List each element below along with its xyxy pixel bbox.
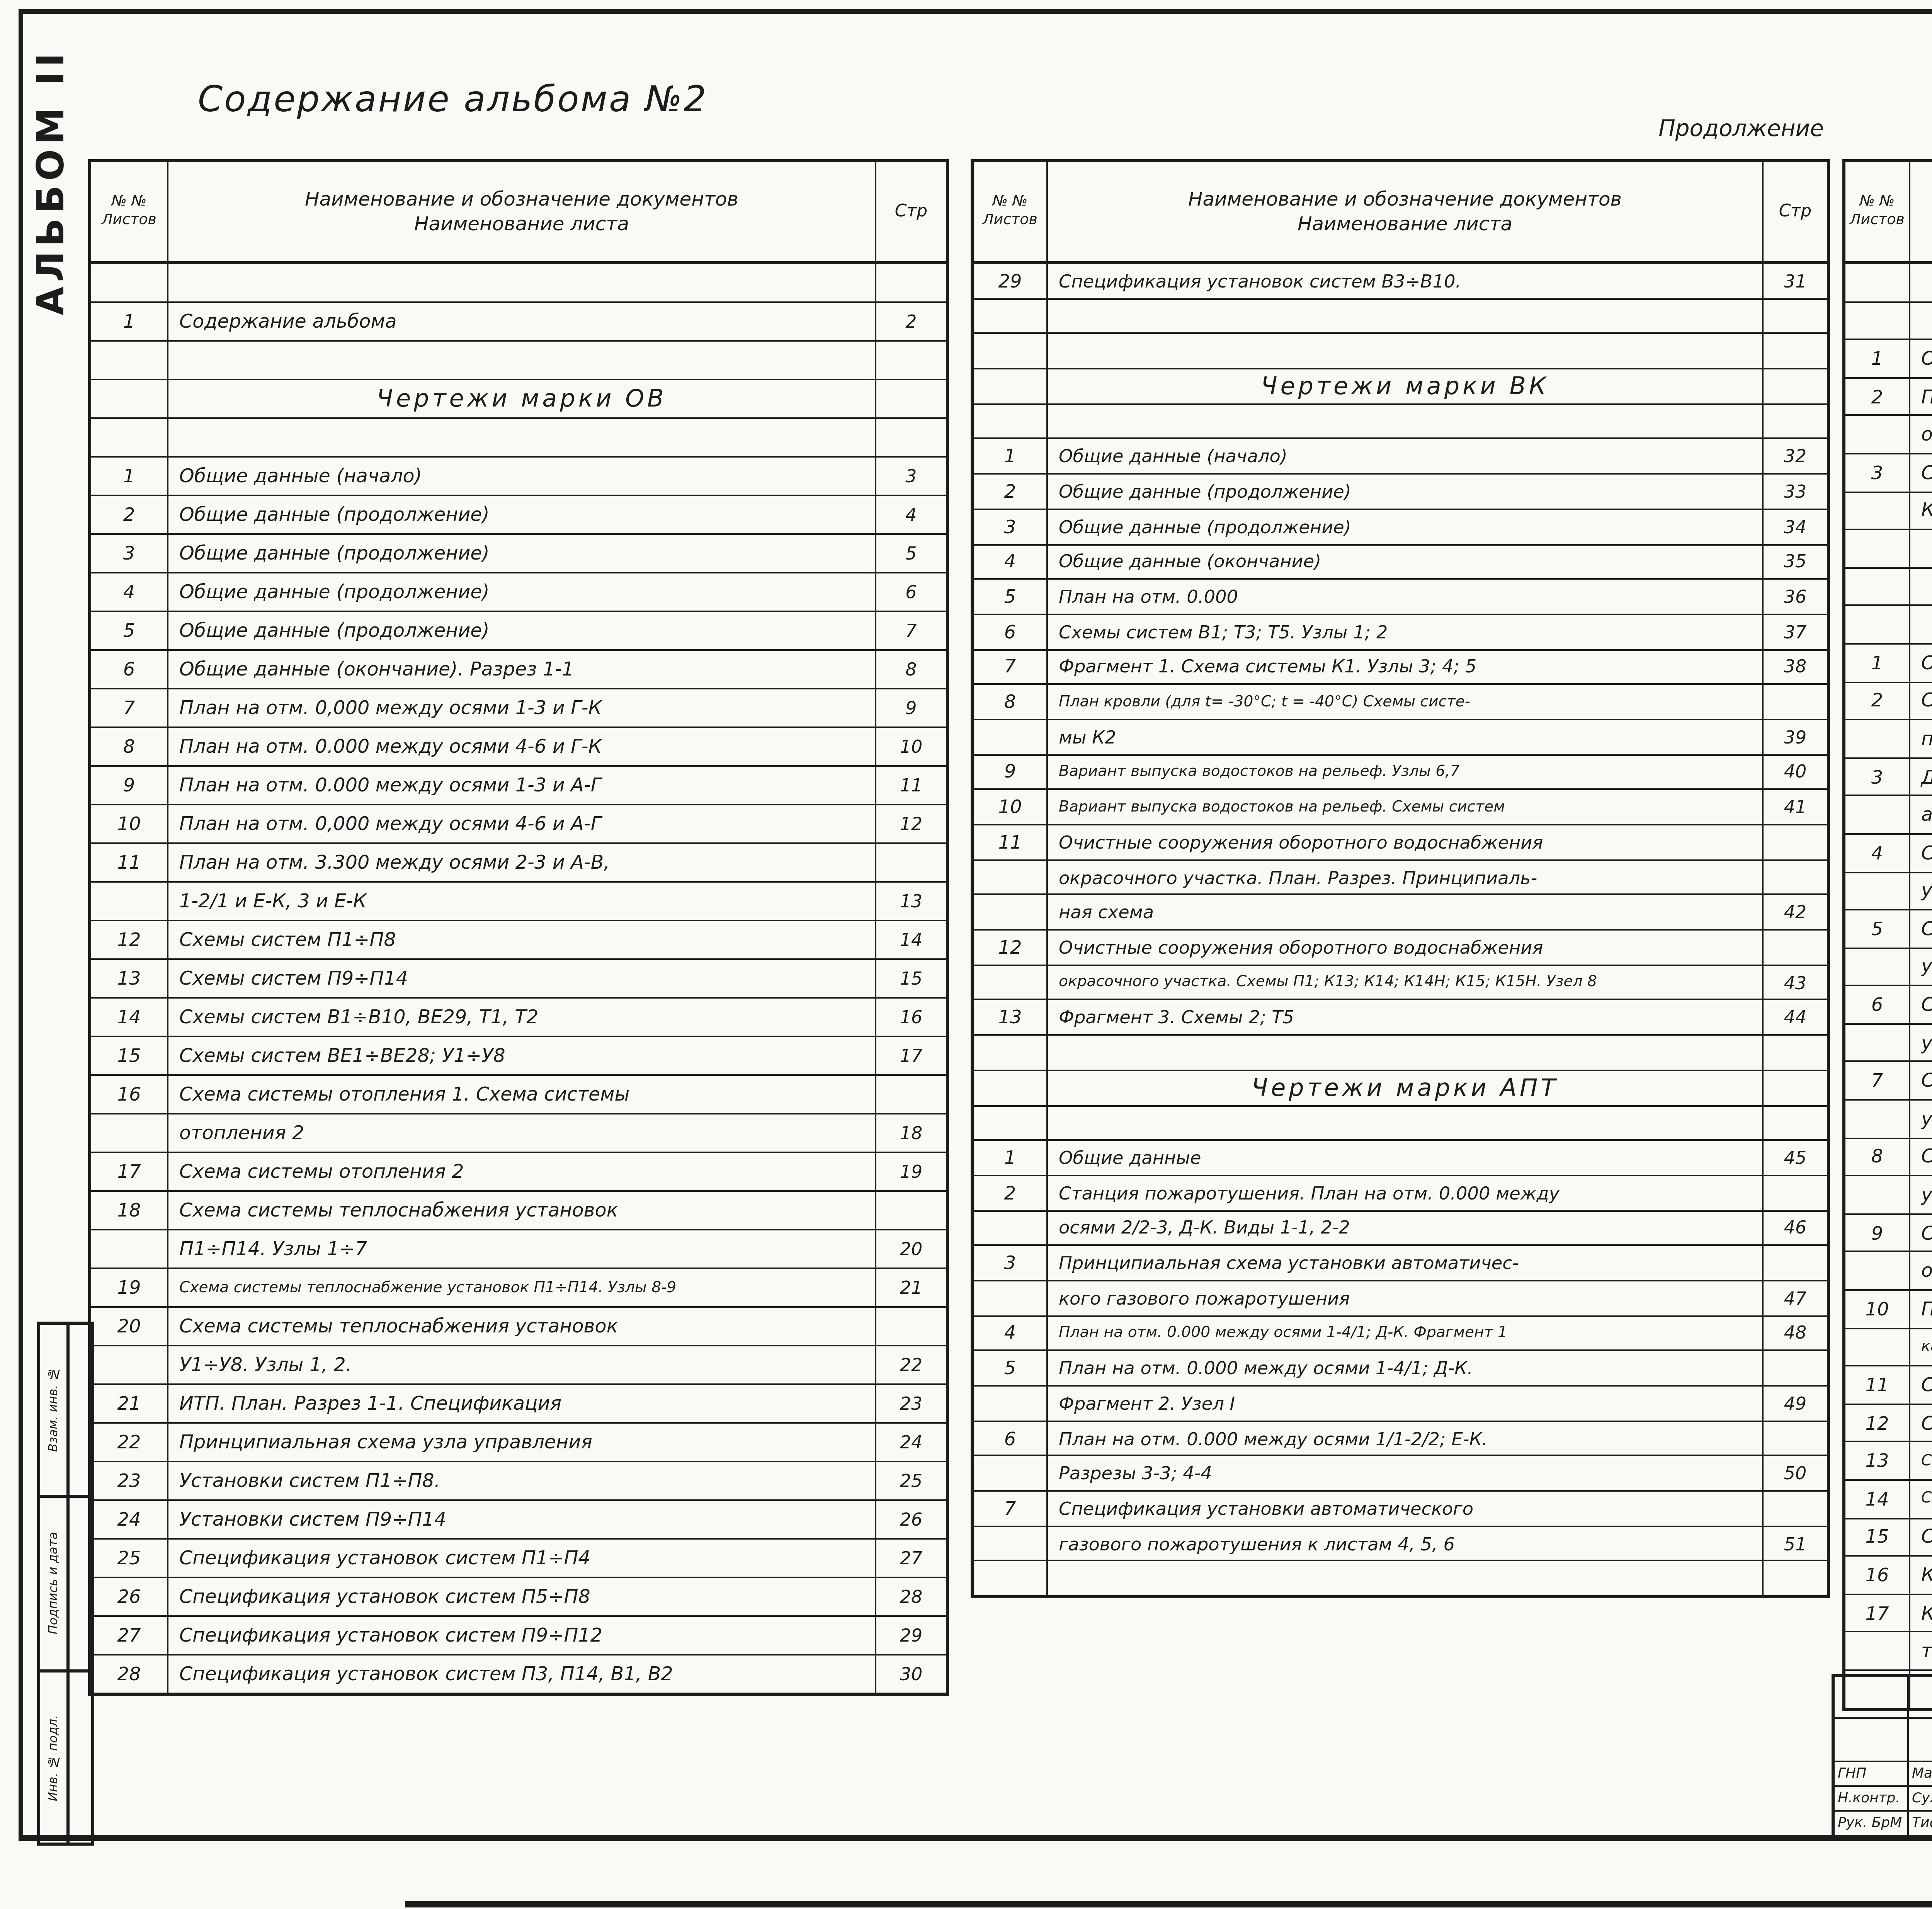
album-side-label: АЛЬБОМ II — [25, 43, 77, 322]
table-row: 3 Общие данные (продолжение) 34 — [974, 510, 1827, 545]
table-row — [1845, 302, 1932, 340]
row-page — [1762, 1106, 1827, 1140]
row-title: Схема электрическая подключений (продолж… — [1910, 1443, 1932, 1479]
row-title: План на отм. 0,000 между осями 4-6 и А-Г — [168, 805, 875, 842]
row-sheet-number — [1845, 721, 1910, 757]
row-sheet-number: 4 — [1845, 835, 1910, 871]
row-page — [875, 342, 946, 379]
row-title: Чертежи марки ВК — [1048, 369, 1762, 403]
row-page: 44 — [1762, 1001, 1827, 1034]
signer-role — [1835, 1719, 1909, 1761]
row-sheet-number: 25 — [91, 1540, 168, 1577]
row-title: Фрагмент 3. Схемы 2; Т5 — [1048, 1001, 1762, 1034]
row-page: 15 — [875, 960, 946, 997]
row-title: управления и сигнализации (продолжение) — [1910, 949, 1932, 985]
table-row: 19 Схема системы теплоснабжение установо… — [91, 1269, 946, 1308]
header-name-line1: Наименование и обозначение документов — [305, 188, 738, 212]
table-row: Фрагмент 2. Узел I 49 — [974, 1387, 1827, 1422]
row-title: окрасочного участка. План. Разрез. Принц… — [1048, 861, 1762, 894]
table-row: 17 Кабельный журнал (продолжение). Ведом… — [1845, 1595, 1932, 1633]
row-title: Спецификация к листу 10 — [1910, 1367, 1932, 1403]
row-sheet-number — [1845, 264, 1910, 301]
row-title: Общие данные (продолжение) — [1048, 510, 1762, 543]
signer-row: ГНП Маланов — [1835, 1762, 1932, 1787]
row-sheet-number: 7 — [974, 1492, 1048, 1525]
row-page: 50 — [1762, 1457, 1827, 1490]
row-page — [1762, 299, 1827, 333]
row-title: Диаграммы к схеме электрической принципи… — [1910, 759, 1932, 795]
row-title: Станция пожаротушения. План на отм. 0.00… — [1048, 1176, 1762, 1210]
row-page — [1762, 931, 1827, 964]
row-sheet-number — [974, 1281, 1048, 1315]
table-row — [974, 405, 1827, 440]
row-sheet-number — [1845, 796, 1910, 833]
row-page — [1762, 405, 1827, 438]
row-title: Схемы систем П1÷П8 — [168, 921, 875, 958]
row-title: Спецификация установок систем П1÷П4 — [168, 1540, 875, 1577]
table-row: 5 Схема электрическая принципиальная — [1845, 910, 1932, 948]
table-row: отопления 2 18 — [91, 1114, 946, 1153]
header-num-line1: № № — [111, 194, 146, 212]
table-row: 22 Принципиальная схема узла управления … — [91, 1424, 946, 1462]
row-title: ИТП. План. Разрез 1-1. Спецификация — [168, 1385, 875, 1422]
table-row: 1 Общие данные (начало) 32 — [974, 440, 1827, 475]
table-row: управления и сигнализации (начало) 58 — [1845, 873, 1932, 910]
row-sheet-number: 23 — [91, 1462, 168, 1499]
row-sheet-number: 1 — [974, 1141, 1048, 1175]
header-name-line2: Наименование листа — [1298, 212, 1512, 236]
row-sheet-number: 4 — [974, 545, 1048, 578]
table-row: альной управления и сигнализации 57 — [1845, 796, 1932, 834]
row-sheet-number — [91, 342, 168, 379]
row-sheet-number: 20 — [91, 1308, 168, 1345]
signer-row: Рук. БрМ Тисленко — [1835, 1812, 1932, 1836]
row-title: Схемы систем ВЕ1÷ВЕ28; У1÷У8 — [168, 1037, 875, 1074]
row-page — [875, 1076, 946, 1113]
table-row: 8 Схема электрическая принципиальная — [1845, 1139, 1932, 1177]
row-sheet-number: 15 — [91, 1037, 168, 1074]
signer-name — [1909, 1719, 1932, 1761]
table-row: 8 План на отм. 0.000 между осями 4-6 и Г… — [91, 728, 946, 767]
row-sheet-number — [974, 1527, 1048, 1560]
row-page: 34 — [1762, 510, 1827, 543]
row-title — [1048, 1562, 1762, 1596]
header-page-label: Стр — [895, 201, 927, 223]
header-sheet-number: № № Листов — [91, 162, 168, 261]
table-row: 25 Спецификация установок систем П1÷П4 2… — [91, 1540, 946, 1578]
row-page: 37 — [1762, 615, 1827, 649]
row-sheet-number — [974, 1387, 1048, 1420]
row-title: Спецификация установок систем П3, П14, В… — [168, 1655, 875, 1693]
row-title: Схема электрическая подключений (продолж… — [1910, 1481, 1932, 1517]
row-sheet-number — [974, 299, 1048, 333]
row-page — [1762, 1071, 1827, 1104]
row-page — [1762, 1036, 1827, 1070]
table-row: ная схема 42 — [974, 896, 1827, 931]
table-body: 29 Спецификация установок систем В3÷В10.… — [974, 264, 1827, 1596]
table-row: 5 Общие данные (продолжение) 7 — [91, 612, 946, 651]
table-row: 12 Очистные сооружения оборотного водосн… — [974, 931, 1827, 966]
scanned-document-viewport: 2 АЛЬБОМ II Содержание альбома №2 Продол… — [0, 0, 1932, 1909]
row-page: 9 — [875, 689, 946, 727]
side-stamp-cell: Взам. инв. № — [40, 1325, 91, 1498]
row-page — [1762, 1351, 1827, 1385]
row-title: Чертежи марки ОВ — [168, 380, 875, 417]
table-row: 10 Вариант выпуска водостоков на рельеф.… — [974, 790, 1827, 825]
table-row: 8 План кровли (для t= -30°C; t = -40°C) … — [974, 685, 1827, 720]
row-page — [1762, 335, 1827, 368]
row-page: 8 — [875, 651, 946, 688]
row-title: ка электрооборудования и разводка кабель… — [1910, 1329, 1932, 1365]
row-sheet-number — [1845, 873, 1910, 909]
row-page: 48 — [1762, 1317, 1827, 1350]
table-row: 12 Схема электрическая подключений (нача… — [1845, 1405, 1932, 1443]
row-sheet-number — [1845, 1253, 1910, 1289]
row-title: окрасочного участка. Схемы П1; К13; К14;… — [1048, 966, 1762, 999]
signer-row — [1835, 1719, 1932, 1762]
row-title: отопления 2 — [168, 1114, 875, 1152]
table-row — [1845, 606, 1932, 644]
table-row: 1-2/1 и Е-К, 3 и Е-К 13 — [91, 883, 946, 921]
row-sheet-number: 16 — [1845, 1557, 1910, 1593]
row-sheet-number: 6 — [1845, 987, 1910, 1023]
table-row: 1 Общие данные (начало) 3 — [91, 458, 946, 496]
row-page: 45 — [1762, 1141, 1827, 1175]
table-row: 3 Принципиальная схема установки автомат… — [974, 1246, 1827, 1281]
table-row: 4 План на отм. 0.000 между осями 1-4/1; … — [974, 1317, 1827, 1352]
side-stamp-label: Инв. № подл. — [40, 1672, 66, 1843]
table-row — [974, 299, 1827, 335]
row-sheet-number — [974, 1211, 1048, 1245]
row-title: Спецификация установок систем П9÷П12 — [168, 1617, 875, 1654]
row-sheet-number: 13 — [974, 1001, 1048, 1034]
row-page: 42 — [1762, 896, 1827, 929]
row-sheet-number: 19 — [91, 1269, 168, 1306]
table-row: 7 План на отм. 0,000 между осями 1-3 и Г… — [91, 689, 946, 728]
row-title: Чертежи марки АПЭ — [1910, 568, 1932, 605]
table-row: 2 Станция пожаротушения. План на отм. 0.… — [974, 1176, 1827, 1211]
row-title: Схема электрическая подключений (начало) — [1910, 1405, 1932, 1441]
row-title — [1048, 1106, 1762, 1140]
row-title: Кабельный журнал (начало) — [1910, 1557, 1932, 1593]
table-row: 6 Схемы систем В1; Т3; Т5. Узлы 1; 2 37 — [974, 615, 1827, 650]
table-row: 7 Спецификация установки автоматического — [974, 1492, 1827, 1527]
row-title: Вариант выпуска водостоков на рельеф. Уз… — [1048, 755, 1762, 789]
side-stamp-label: Подпись и дата — [40, 1498, 66, 1669]
table-row: 11 Очистные сооружения оборотного водосн… — [974, 825, 1827, 861]
row-sheet-number: 10 — [91, 805, 168, 842]
row-sheet-number: 22 — [91, 1424, 168, 1461]
sheet-border-top — [19, 9, 1932, 13]
row-sheet-number: 5 — [974, 1351, 1048, 1385]
row-sheet-number — [1845, 568, 1910, 605]
row-page: 39 — [1762, 720, 1827, 754]
row-sheet-number: 1 — [1845, 340, 1910, 377]
sheet-border-left — [19, 9, 22, 1839]
row-title: Схема электрическая подключений. — [1910, 454, 1932, 491]
row-sheet-number: 1 — [1845, 645, 1910, 681]
row-sheet-number — [91, 1114, 168, 1152]
row-sheet-number: 12 — [1845, 1405, 1910, 1441]
row-sheet-number: 11 — [1845, 1367, 1910, 1403]
row-title: План на отм. 0.000. между осями 1-4; Рас… — [1910, 1291, 1932, 1327]
table-row: Кабельный журнал 54 — [1845, 492, 1932, 530]
table-row: 20 Схема системы теплоснабжения установо… — [91, 1308, 946, 1346]
row-page: 19 — [875, 1153, 946, 1190]
row-sheet-number: 14 — [1845, 1481, 1910, 1517]
row-title: Вариант выпуска водостоков на рельеф. Сх… — [1048, 790, 1762, 824]
row-title: Спецификация установок систем В3÷В10. — [1048, 264, 1762, 298]
row-title: Принципиальная схема установки автоматич… — [1048, 1246, 1762, 1280]
row-title: Общие данные (продолжение) — [1048, 475, 1762, 509]
row-sheet-number: 5 — [974, 580, 1048, 614]
row-sheet-number — [974, 966, 1048, 999]
table-row: Чертежи марки ОВ — [91, 380, 946, 419]
row-title — [168, 264, 875, 301]
table-row: 1 Общие данные 55 — [1845, 645, 1932, 682]
row-sheet-number: 5 — [1845, 910, 1910, 947]
row-sheet-number: 2 — [1845, 682, 1910, 719]
table-row: труб. Таблица заполнения труб кабелями 7… — [1845, 1633, 1932, 1671]
table-row: 10 План на отм. 0.000. между осями 1-4; … — [1845, 1291, 1932, 1329]
row-sheet-number: 12 — [91, 921, 168, 958]
row-page — [875, 419, 946, 456]
row-title: Общие данные (продолжение) — [168, 496, 875, 533]
table-row: окрасочного участка. План. Разрез. Принц… — [974, 861, 1827, 896]
row-title: Общие данные — [1910, 645, 1932, 681]
table-row: 18 Схема системы теплоснабжения установо… — [91, 1192, 946, 1230]
table-row: 5 План на отм. 0.000 между осями 1-4/1; … — [974, 1351, 1827, 1387]
row-sheet-number: 6 — [91, 651, 168, 688]
table-row: 3 Схема электрическая подключений. — [1845, 454, 1932, 492]
side-stamp-cell: Подпись и дата — [40, 1498, 91, 1672]
row-sheet-number — [1845, 1633, 1910, 1669]
row-title — [1910, 302, 1932, 339]
row-title: управления и сигнализации (начало) — [1910, 873, 1932, 909]
row-sheet-number: 7 — [974, 650, 1048, 684]
row-sheet-number: 17 — [91, 1153, 168, 1190]
table-row: 27 Спецификация установок систем П9÷П12 … — [91, 1617, 946, 1655]
table-row: мы К2 39 — [974, 720, 1827, 755]
row-sheet-number: 13 — [1845, 1443, 1910, 1479]
row-sheet-number: 2 — [1845, 378, 1910, 415]
table-row: 2 Спецификация к схеме электрической при… — [1845, 682, 1932, 720]
row-sheet-number — [1845, 949, 1910, 985]
row-title: Схема системы отопления 2 — [168, 1153, 875, 1190]
row-title: Схемы систем П9÷П14 — [168, 960, 875, 997]
table-row: 1 Содержание альбома 2 — [91, 303, 946, 342]
row-title: Фрагмент 1. Схема системы К1. Узлы 3; 4;… — [1048, 650, 1762, 684]
row-sheet-number: 3 — [91, 535, 168, 572]
header-name: Наименование и обозначение документов На… — [1910, 162, 1932, 261]
row-title: Схема электрическая принципиальная — [1910, 910, 1932, 947]
table-row — [1845, 531, 1932, 568]
row-title: Схема электрическая принципиальная — [1910, 835, 1932, 871]
contents-table-2: № № Листов Наименование и обозначение до… — [971, 159, 1830, 1599]
sheet-border-bottom — [19, 1835, 1932, 1840]
table-row — [91, 264, 946, 303]
signer-row: Н.контр. Сухновская — [1835, 1787, 1932, 1812]
row-sheet-number — [974, 896, 1048, 929]
table-row: 4 Схема электрическая принципиальная — [1845, 835, 1932, 873]
row-title: Очистные сооружения оборотного водоснабж… — [1048, 825, 1762, 859]
row-sheet-number — [974, 720, 1048, 754]
row-sheet-number: 6 — [974, 615, 1048, 649]
row-title: Чертежи марки АПТ — [1048, 1071, 1762, 1104]
drawing-sheet: 2 АЛЬБОМ II Содержание альбома №2 Продол… — [0, 0, 1932, 1909]
title-block: ГНП Маланов Н.контр. Сухновская Рук. БрМ… — [1832, 1674, 1932, 1839]
row-sheet-number — [974, 1457, 1048, 1490]
table-row: 16 Кабельный журнал (начало) 70 — [1845, 1557, 1932, 1595]
row-sheet-number: 18 — [91, 1192, 168, 1229]
row-title: управления и сигнализации (продолжение) — [1910, 1025, 1932, 1061]
row-sheet-number: 3 — [1845, 454, 1910, 491]
table-row: 3 Диаграммы к схеме электрической принци… — [1845, 759, 1932, 796]
row-title: План на отм. 0.000 между осями 1-3 и А-Г — [168, 767, 875, 804]
table-row: осями 2/2-3, Д-К. Виды 1-1, 2-2 46 — [974, 1211, 1827, 1246]
header-name-line2: Наименование листа — [414, 212, 629, 236]
row-title: Общие данные (начало) — [1048, 440, 1762, 473]
row-title: управления и сигнализации (окончание) — [1910, 1177, 1932, 1213]
row-sheet-number — [91, 883, 168, 920]
row-title — [168, 342, 875, 379]
row-title: Общие данные (продолжение) — [168, 573, 875, 611]
row-page — [1762, 861, 1827, 894]
row-page — [1762, 1562, 1827, 1596]
table-header: № № Листов Наименование и обозначение до… — [974, 162, 1827, 264]
table-row: 29 Спецификация установок систем В3÷В10.… — [974, 264, 1827, 299]
row-sheet-number: 2 — [974, 1176, 1048, 1210]
signer-role: Н.контр. — [1835, 1787, 1909, 1810]
row-title: пиальной управления и сигнализации — [1910, 721, 1932, 757]
row-title: План на отм. 0.000 между осями 1-4/1; Д-… — [1048, 1317, 1762, 1350]
continuation-label-col2: Продолжение — [1484, 117, 1824, 142]
row-page: 31 — [1762, 264, 1827, 298]
header-name-line1: Наименование и обозначение документов — [1188, 188, 1622, 212]
table-row: 2 Общие данные (продолжение) 33 — [974, 475, 1827, 510]
row-sheet-number: 3 — [974, 510, 1048, 543]
row-sheet-number: 8 — [91, 728, 168, 765]
table-row: 16 Схема системы отопления 1. Схема сист… — [91, 1076, 946, 1114]
row-title: Общие данные (окончание). Разрез 1-1 — [168, 651, 875, 688]
signer-name: Тисленко — [1909, 1812, 1932, 1836]
table-row: 11 Спецификация к листу 10 65 — [1845, 1367, 1932, 1405]
row-sheet-number: 5 — [91, 612, 168, 649]
row-page: 28 — [875, 1578, 946, 1615]
side-stamp-cell: Инв. № подл. — [40, 1672, 91, 1843]
table-row: 12 Схемы систем П1÷П8 14 — [91, 921, 946, 960]
row-page: 17 — [875, 1037, 946, 1074]
row-page: 40 — [1762, 755, 1827, 789]
row-title: Спецификация установок систем П5÷П8 — [168, 1578, 875, 1615]
row-title: Общие данные (начало) — [168, 458, 875, 495]
row-title: План на отм. 0.000 — [1048, 580, 1762, 614]
row-sheet-number — [974, 405, 1048, 438]
row-title: осями 2/2-3, Д-К. Виды 1-1, 2-2 — [1048, 1211, 1762, 1245]
row-page: 30 — [875, 1655, 946, 1693]
row-title: Схема электрическая принципиальная — [1910, 1139, 1932, 1175]
table-header: № № Листов Наименование и обозначение до… — [91, 162, 946, 264]
row-title: Фрагмент 2. Узел I — [1048, 1387, 1762, 1420]
header-page: Стр — [1762, 162, 1827, 261]
row-page: 26 — [875, 1501, 946, 1538]
sheet-edge-strip — [405, 1901, 1932, 1907]
row-page: 4 — [875, 496, 946, 533]
table-row: 6 План на отм. 0.000 между осями 1/1-2/2… — [974, 1422, 1827, 1457]
row-page: 18 — [875, 1114, 946, 1152]
table-row: 1 Общие данные 45 — [974, 1141, 1827, 1176]
header-num-line2: Листов — [983, 212, 1037, 230]
signer-name: Сухновская — [1909, 1787, 1932, 1810]
row-page: 22 — [875, 1346, 946, 1383]
row-title: ная схема — [1048, 896, 1762, 929]
row-sheet-number — [91, 1346, 168, 1383]
row-page: 13 — [875, 883, 946, 920]
table-row: 2 Общие данные (продолжение) 4 — [91, 496, 946, 535]
row-title: Схема системы отопления 1. Схема системы — [168, 1076, 875, 1113]
row-title — [1910, 606, 1932, 643]
table-row: 4 Общие данные (продолжение) 6 — [91, 573, 946, 612]
table-row: управления и сигнализации (продолжение) … — [1845, 949, 1932, 987]
row-title — [1048, 299, 1762, 333]
header-num-line2: Листов — [102, 212, 156, 230]
row-sheet-number — [1845, 531, 1910, 567]
row-sheet-number: 7 — [91, 689, 168, 727]
row-title: План на отм. 0.000 между осями 1-4/1; Д-… — [1048, 1351, 1762, 1385]
row-sheet-number: 4 — [974, 1317, 1048, 1350]
signer-name: Маланов — [1909, 1762, 1932, 1785]
row-title: Общие данные — [1048, 1141, 1762, 1175]
table-row: оборудования и разводка кабельной сети 6… — [1845, 1253, 1932, 1291]
table-row: 17 Схема системы отопления 2 19 — [91, 1153, 946, 1192]
row-page: 46 — [1762, 1211, 1827, 1245]
row-sheet-number: 9 — [1845, 1215, 1910, 1251]
row-page: 11 — [875, 767, 946, 804]
row-sheet-number: 15 — [1845, 1519, 1910, 1555]
row-page: 21 — [875, 1269, 946, 1306]
side-stamp-label: Взам. инв. № — [40, 1325, 66, 1495]
table-row: 21 ИТП. План. Разрез 1-1. Спецификация 2… — [91, 1385, 946, 1424]
header-name: Наименование и обозначение документов На… — [1048, 162, 1762, 261]
table-row: У1÷У8. Узлы 1, 2. 22 — [91, 1346, 946, 1385]
row-sheet-number: 17 — [1845, 1595, 1910, 1631]
table-row: 11 План на отм. 3.300 между осями 2-3 и … — [91, 844, 946, 883]
row-sheet-number: 8 — [974, 685, 1048, 719]
row-sheet-number — [1845, 1329, 1910, 1365]
row-title: мы К2 — [1048, 720, 1762, 754]
table-row: управления и сигнализации (окончание) 62 — [1845, 1177, 1932, 1215]
row-page — [875, 844, 946, 881]
row-sheet-number: 8 — [1845, 1139, 1910, 1175]
table-row: 15 Схема электрическая подключений (окон… — [1845, 1519, 1932, 1557]
signer-role: Рук. БрМ — [1835, 1812, 1909, 1836]
row-title: План на отм. 3.300 между осями 2-3 и А-В… — [168, 844, 875, 881]
signer-role — [1835, 1677, 1909, 1717]
row-sheet-number — [974, 369, 1048, 403]
row-page: 16 — [875, 999, 946, 1036]
row-page: 23 — [875, 1385, 946, 1422]
row-title: План на отм. 0.000 между осями 4-6 и Г-К — [168, 728, 875, 765]
header-page: Стр — [875, 162, 946, 261]
row-page — [1762, 825, 1827, 859]
signer-role: ГНП — [1835, 1762, 1909, 1785]
row-page: 29 — [875, 1617, 946, 1654]
row-sheet-number: 4 — [91, 573, 168, 611]
row-title: Станция пожаротушения. Расстановка элект… — [1910, 1215, 1932, 1251]
row-sheet-number: 3 — [974, 1246, 1048, 1280]
table-row: 9 Станция пожаротушения. Расстановка эле… — [1845, 1215, 1932, 1252]
signer-name — [1909, 1677, 1932, 1717]
